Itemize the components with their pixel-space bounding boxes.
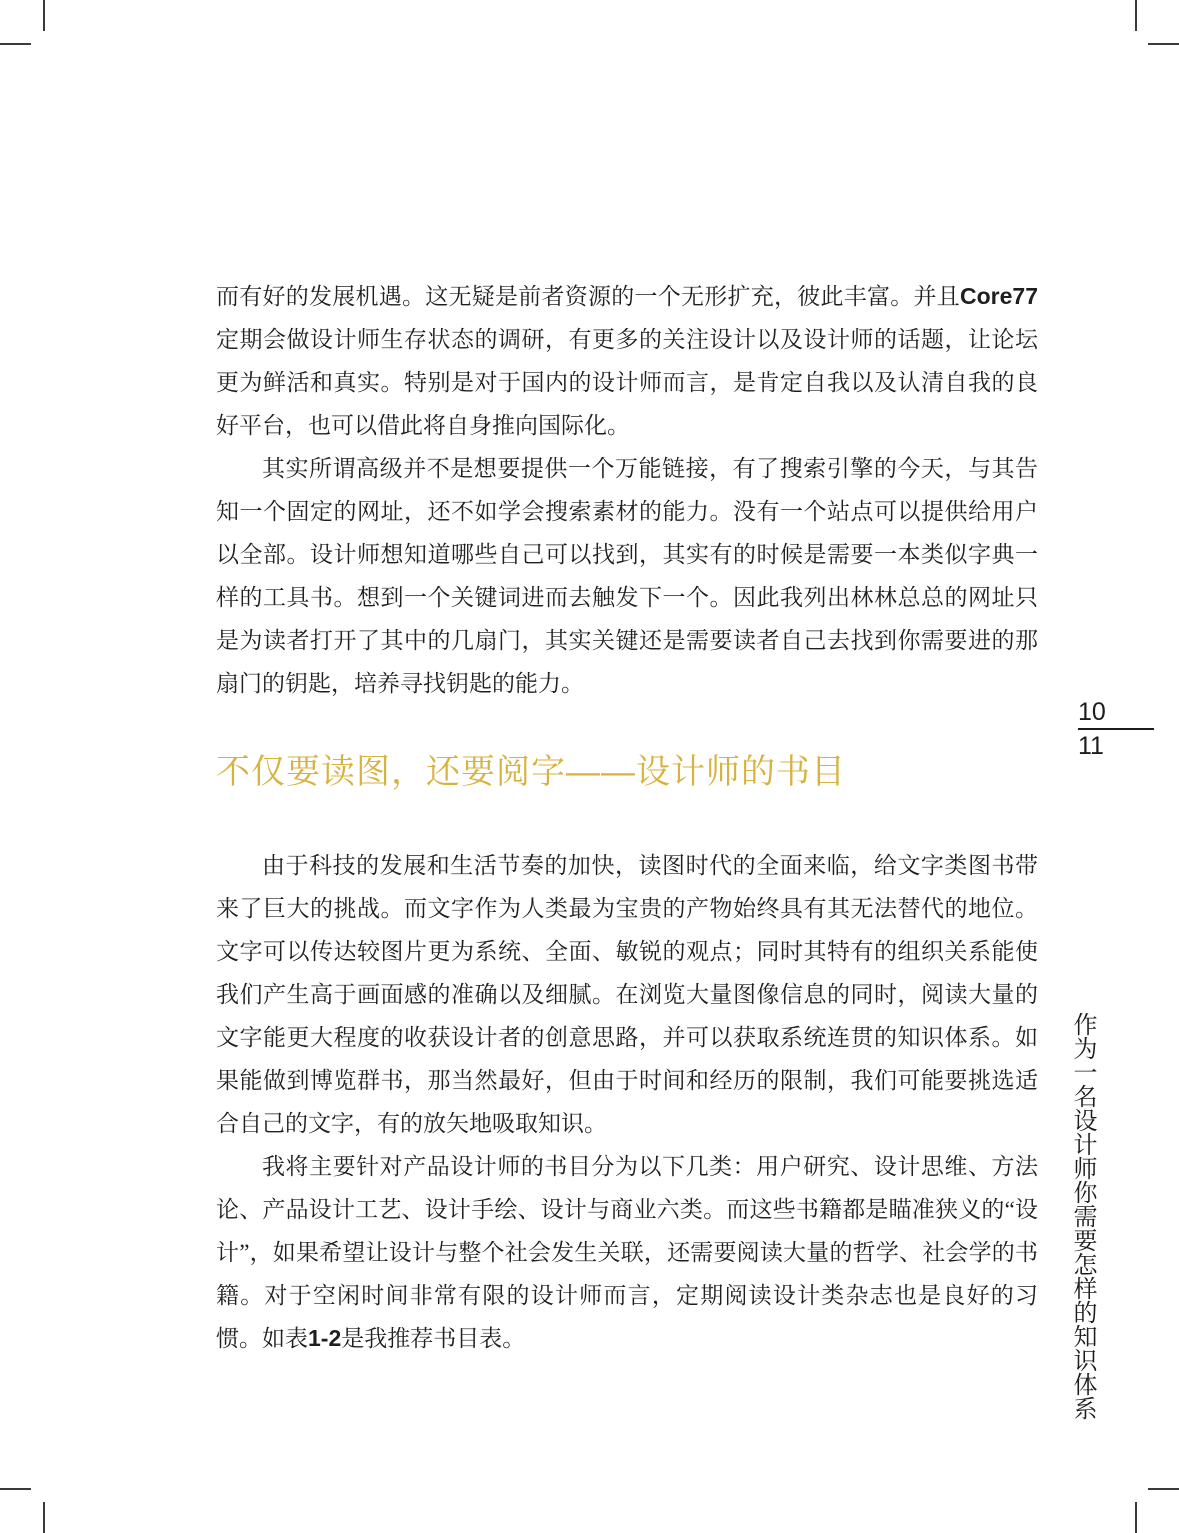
crop-mark-top-left-vertical (43, 0, 45, 31)
folio-divider-rule (1078, 728, 1154, 730)
section-heading: 不仅要读图，还要阅字——设计师的书目 (216, 750, 1038, 794)
crop-mark-bottom-right-vertical (1135, 1502, 1137, 1533)
crop-mark-bottom-left-horizontal (0, 1488, 31, 1490)
book-page: 而有好的发展机遇。这无疑是前者资源的一个无形扩充，彼此丰富。并且Core77定期… (0, 0, 1179, 1533)
body-paragraph: 我将主要针对产品设计师的书目分为以下几类：用户研究、设计思维、方法论、产品设计工… (216, 1145, 1038, 1360)
body-paragraph: 其实所谓高级并不是想要提供一个万能链接，有了搜索引擎的今天，与其告知一个固定的网… (216, 447, 1038, 705)
body-paragraph: 由于科技的发展和生活节奏的加快，读图时代的全面来临，给文字类图书带来了巨大的挑战… (216, 844, 1038, 1145)
folio-number-top: 10 (1078, 699, 1154, 726)
cjk-text-run: 定期会做设计师生存状态的调研，有更多的关注设计以及设计师的话题，让论坛更为鲜活和… (216, 327, 1038, 438)
page-folio: 10 11 (1078, 699, 1154, 760)
cjk-text-run: 我将主要针对产品设计师的书目分为以下几类：用户研究、设计思维、方法论、产品设计工… (216, 1154, 1038, 1351)
crop-mark-top-right-vertical (1135, 0, 1137, 31)
latin-text-run: Core77 (960, 283, 1038, 309)
body-paragraph: 而有好的发展机遇。这无疑是前者资源的一个无形扩充，彼此丰富。并且Core77定期… (216, 275, 1038, 447)
page-content: 而有好的发展机遇。这无疑是前者资源的一个无形扩充，彼此丰富。并且Core77定期… (216, 275, 1038, 1360)
cjk-text-run: 由于科技的发展和生活节奏的加快，读图时代的全面来临，给文字类图书带来了巨大的挑战… (216, 853, 1038, 1136)
cjk-text-run: 其实所谓高级并不是想要提供一个万能链接，有了搜索引擎的今天，与其告知一个固定的网… (216, 456, 1038, 696)
cjk-text-run: 而有好的发展机遇。这无疑是前者资源的一个无形扩充，彼此丰富。并且 (216, 284, 960, 309)
crop-mark-bottom-left-vertical (43, 1502, 45, 1533)
crop-mark-bottom-right-horizontal (1148, 1488, 1179, 1490)
folio-number-bottom: 11 (1078, 733, 1154, 760)
chapter-side-title: 作为一名设计师你需要怎样的知识体系 (1068, 1012, 1096, 1420)
crop-mark-top-right-horizontal (1148, 43, 1179, 45)
latin-text-run: 1-2 (308, 1325, 341, 1351)
crop-mark-top-left-horizontal (0, 43, 31, 45)
cjk-text-run: 是我推荐书目表。 (341, 1326, 525, 1351)
